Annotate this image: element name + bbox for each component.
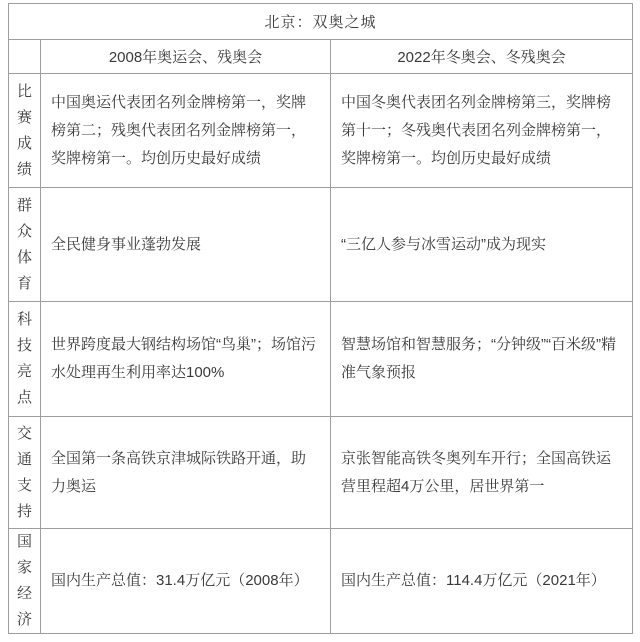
row-label: 国家经济 <box>17 529 33 633</box>
cell-2022: 京张智能高铁冬奥列车开行；全国高铁运营里程超4万公里，居世界第一 <box>331 417 633 529</box>
table-row: 群众体育 全民健身事业蓬勃发展 “三亿人参与冰雪运动”成为现实 <box>9 188 633 302</box>
table-title-row: 北京：双奥之城 <box>9 4 633 40</box>
table-header-row: 2008年奥运会、残奥会 2022年冬奥会、冬残奥会 <box>9 40 633 74</box>
cell-2022: 中国冬奥代表团名列金牌榜第三，奖牌榜第十一；冬残奥代表团名列金牌榜第一，奖牌榜第… <box>331 74 633 188</box>
cell-2022: “三亿人参与冰雪运动”成为现实 <box>331 188 633 302</box>
table-row: 比赛成绩 中国奥运代表团名列金牌榜第一，奖牌榜第二；残奥代表团名列金牌榜第一，奖… <box>9 74 633 188</box>
row-label-cell: 国家经济 <box>9 529 41 634</box>
row-label-cell: 比赛成绩 <box>9 74 41 188</box>
cell-2022: 国内生产总值：114.4万亿元（2021年） <box>331 529 633 634</box>
row-label-cell: 群众体育 <box>9 188 41 302</box>
row-label: 群众体育 <box>17 193 33 297</box>
row-label: 交通支持 <box>17 421 33 525</box>
cell-2022: 智慧场馆和智慧服务；“分钟级”“百米级”精准气象预报 <box>331 302 633 417</box>
cell-2008: 中国奥运代表团名列金牌榜第一，奖牌榜第二；残奥代表团名列金牌榜第一，奖牌榜第一。… <box>41 74 331 188</box>
table-title: 北京：双奥之城 <box>9 4 633 40</box>
dual-olympics-table: 北京：双奥之城 2008年奥运会、残奥会 2022年冬奥会、冬残奥会 比赛成绩 … <box>8 3 633 634</box>
table-row: 交通支持 全国第一条高铁京津城际铁路开通，助力奥运 京张智能高铁冬奥列车开行；全… <box>9 417 633 529</box>
row-label: 比赛成绩 <box>17 79 33 183</box>
cell-2008: 全民健身事业蓬勃发展 <box>41 188 331 302</box>
header-empty-cell <box>9 40 41 74</box>
cell-2008: 世界跨度最大钢结构场馆“鸟巢”；场馆污水处理再生利用率达100% <box>41 302 331 417</box>
col-header-2022: 2022年冬奥会、冬残奥会 <box>331 40 633 74</box>
row-label: 科技亮点 <box>17 307 33 411</box>
table-row: 科技亮点 世界跨度最大钢结构场馆“鸟巢”；场馆污水处理再生利用率达100% 智慧… <box>9 302 633 417</box>
table-row: 国家经济 国内生产总值：31.4万亿元（2008年） 国内生产总值：114.4万… <box>9 529 633 634</box>
page: 北京：双奥之城 2008年奥运会、残奥会 2022年冬奥会、冬残奥会 比赛成绩 … <box>0 0 640 642</box>
cell-2008: 国内生产总值：31.4万亿元（2008年） <box>41 529 331 634</box>
cell-2008: 全国第一条高铁京津城际铁路开通，助力奥运 <box>41 417 331 529</box>
row-label-cell: 科技亮点 <box>9 302 41 417</box>
col-header-2008: 2008年奥运会、残奥会 <box>41 40 331 74</box>
row-label-cell: 交通支持 <box>9 417 41 529</box>
